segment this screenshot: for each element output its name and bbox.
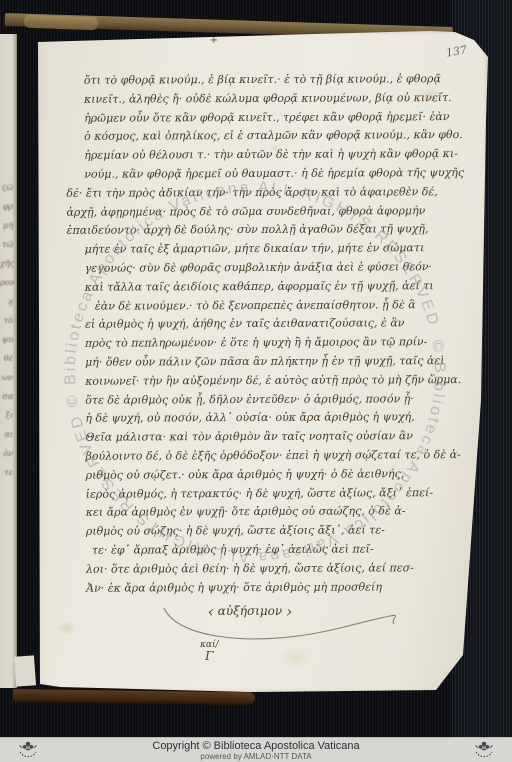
- manuscript-line: εἰ ἀριθμὸς ἡ ψυχή, ἀήθης ἐν ταῖς ἀειθανα…: [85, 315, 411, 335]
- manuscript-line: Θεῖα μάλιστα· καὶ τὸν ἀριθμὸν ἂν ταῖς νο…: [85, 427, 411, 447]
- digitized-manuscript-scan: ϛῶ φρ μή τῶ χῆς ρον ϗ τὸ ψυ θὲ ων σα ξι …: [0, 0, 512, 762]
- colophon-close-bracket: ›: [286, 602, 292, 621]
- manuscript-line: ὁ κόσμος, καὶ ὁπηλίκος, εἰ ἐ σταλμῶν κἂν…: [84, 127, 410, 147]
- footer-text: Copyright © Biblioteca Apostolica Vatica…: [40, 740, 472, 761]
- manuscript-line: ὅτι τὸ φθορᾷ κινούμ., ἐ βίᾳ κινεῖτ.· ἐ τ…: [84, 70, 410, 90]
- manuscript-line: πρὸς τὸ πεπληρωμένον· ἐ ὅτε ἡ ψυχὴ ἢ ἡ ἄ…: [85, 333, 411, 353]
- folio-number: 137: [445, 43, 468, 59]
- manuscript-text-block: ὅτι τὸ φθορᾷ κινούμ., ἐ βίᾳ κινεῖτ.· ἐ τ…: [84, 70, 412, 598]
- top-cross-mark: +: [210, 32, 218, 47]
- footer-bar: Copyright © Biblioteca Apostolica Vatica…: [0, 737, 512, 762]
- manuscript-line: γεγονώς· σὺν δὲ φθορᾶς συμβολικὴν ἀνάξια…: [85, 258, 411, 278]
- colophon-text: αὐξήσιμον: [214, 604, 286, 618]
- previous-page-text-bleed: ϛῶ φρ μή τῶ χῆς ρον ϗ τὸ ψυ θὲ ων σα ξι …: [0, 178, 13, 482]
- manuscript-line: ἐὰν δὲ κινούμεν.· τὸ δὲ ξενοπρεπὲς ἀνεπα…: [95, 296, 411, 316]
- manuscript-line: καὶ τἄλλα ταῖς ἀειδίοις καθάπερ, ἀφορμαῖ…: [85, 277, 411, 297]
- manuscript-page: + 137 ὅτι τὸ φθορᾷ κινούμ., ἐ βίᾳ κινεῖτ…: [14, 28, 492, 696]
- manuscript-line: ριθμὸς οὐ σῴζετ.· οὐκ ἄρα ἀριθμὸς ἡ ψυχή…: [86, 465, 412, 485]
- book-bottom-edge: [13, 689, 255, 705]
- manuscript-line: Ἀν· ἐκ ἄρα ἀριθμὸς ἡ ψυχή· ὅτε ἀριθμὸς μ…: [86, 578, 412, 598]
- manuscript-line: κει ἄρα ἀριθμὸς ἐν ψυχῇ· ὅτε ἀριθμὸς οὐ …: [86, 503, 412, 523]
- manuscript-line: δέ· ἔτι τὴν πρὸς ἀδικίαν τήν· τὴν πρὸς ἄ…: [66, 183, 410, 203]
- manuscript-line: ἱερὸς ἀριθμός, ἡ τετρακτύς· ἡ δὲ ψυχή, ὥ…: [86, 484, 412, 504]
- manuscript-line: μή· ὅθεν οὖν πάλιν ζῶν πᾶσα ἂν πλήκτην ᾖ…: [85, 352, 411, 372]
- manuscript-line: μήτε ἐν ταῖς ἐξ ἁμαρτιῶν, μήτε δικαίαν τ…: [85, 239, 411, 259]
- colophon-word: ‹ αὐξήσιμον ›: [150, 602, 350, 621]
- manuscript-line: κοινωνεῖ· τὴν ἣν αὐξομένην δέ, ἐ αὐτὸς α…: [85, 371, 411, 391]
- manuscript-line: κινεῖτ., ἀληθὲς ἤ· οὐδὲ κώλυμα φθορᾷ κιν…: [84, 89, 410, 109]
- manuscript-line: ριθμὸς οὐ σῴζης· ἡ δὲ ψυχή, ὥστε ἀξίοις …: [86, 521, 412, 541]
- vatican-seal-icon: [472, 738, 496, 762]
- copyright-text: Copyright © Biblioteca Apostolica Vatica…: [40, 740, 472, 752]
- manuscript-line: βούλοιντο δέ, ὁ δὲ ἑξῆς ὀρθόδοξον· ἐπεὶ …: [85, 446, 411, 466]
- manuscript-line: λοι· ὅτε ἀριθμὸς ἀεὶ θείη· ἡ δὲ ψυχή, ὥσ…: [86, 559, 412, 579]
- quire-mark: καί/ Γ: [200, 640, 219, 662]
- powered-by-text: powered by AMLAD·NTT DATA: [40, 752, 472, 761]
- manuscript-line: ἐπαιδεύοντο· ἀρχὴ δὲ δούλης· σὺν πολλῇ ἀ…: [67, 221, 411, 241]
- quire-mark-bottom: Γ: [200, 651, 219, 662]
- vatican-seal-icon: [16, 738, 40, 762]
- manuscript-line: ἠρεμίαν οὐ θέλουσι τ.· τὴν αὐτῶν δὲ τὴν …: [84, 145, 410, 165]
- book-endband: [24, 15, 98, 31]
- manuscript-line: ἠρῶμεν οὖν ὅτε κἂν φθορᾷ κινεῖτ., τρέφει…: [84, 108, 410, 128]
- manuscript-line: νούμ., κἂν φθορᾷ ἠρεμεῖ οὐ θαυμαστ.· ἡ δ…: [84, 164, 410, 184]
- manuscript-line: ἀρχῇ, ἀφῃρημένα· πρὸς δὲ τὸ σῶμα συνδεθῆ…: [66, 202, 410, 222]
- manuscript-line: τε· ἐφ᾽ ἅρπαξ ἀριθμὸς ἡ ψυχή· ἐφ᾽ ἀειλὼς…: [92, 540, 412, 560]
- manuscript-line: ὅτε δὲ ἀριθμὸς οὐκ ᾖ, δῆλον ἐντεῦθεν· ὁ …: [85, 390, 411, 410]
- previous-page-corner: [14, 655, 36, 686]
- manuscript-line: ἡ δὲ ψυχή, οὐ ποσόν, ἀλλ᾽ οὐσία· οὐκ ἄρα…: [85, 409, 411, 429]
